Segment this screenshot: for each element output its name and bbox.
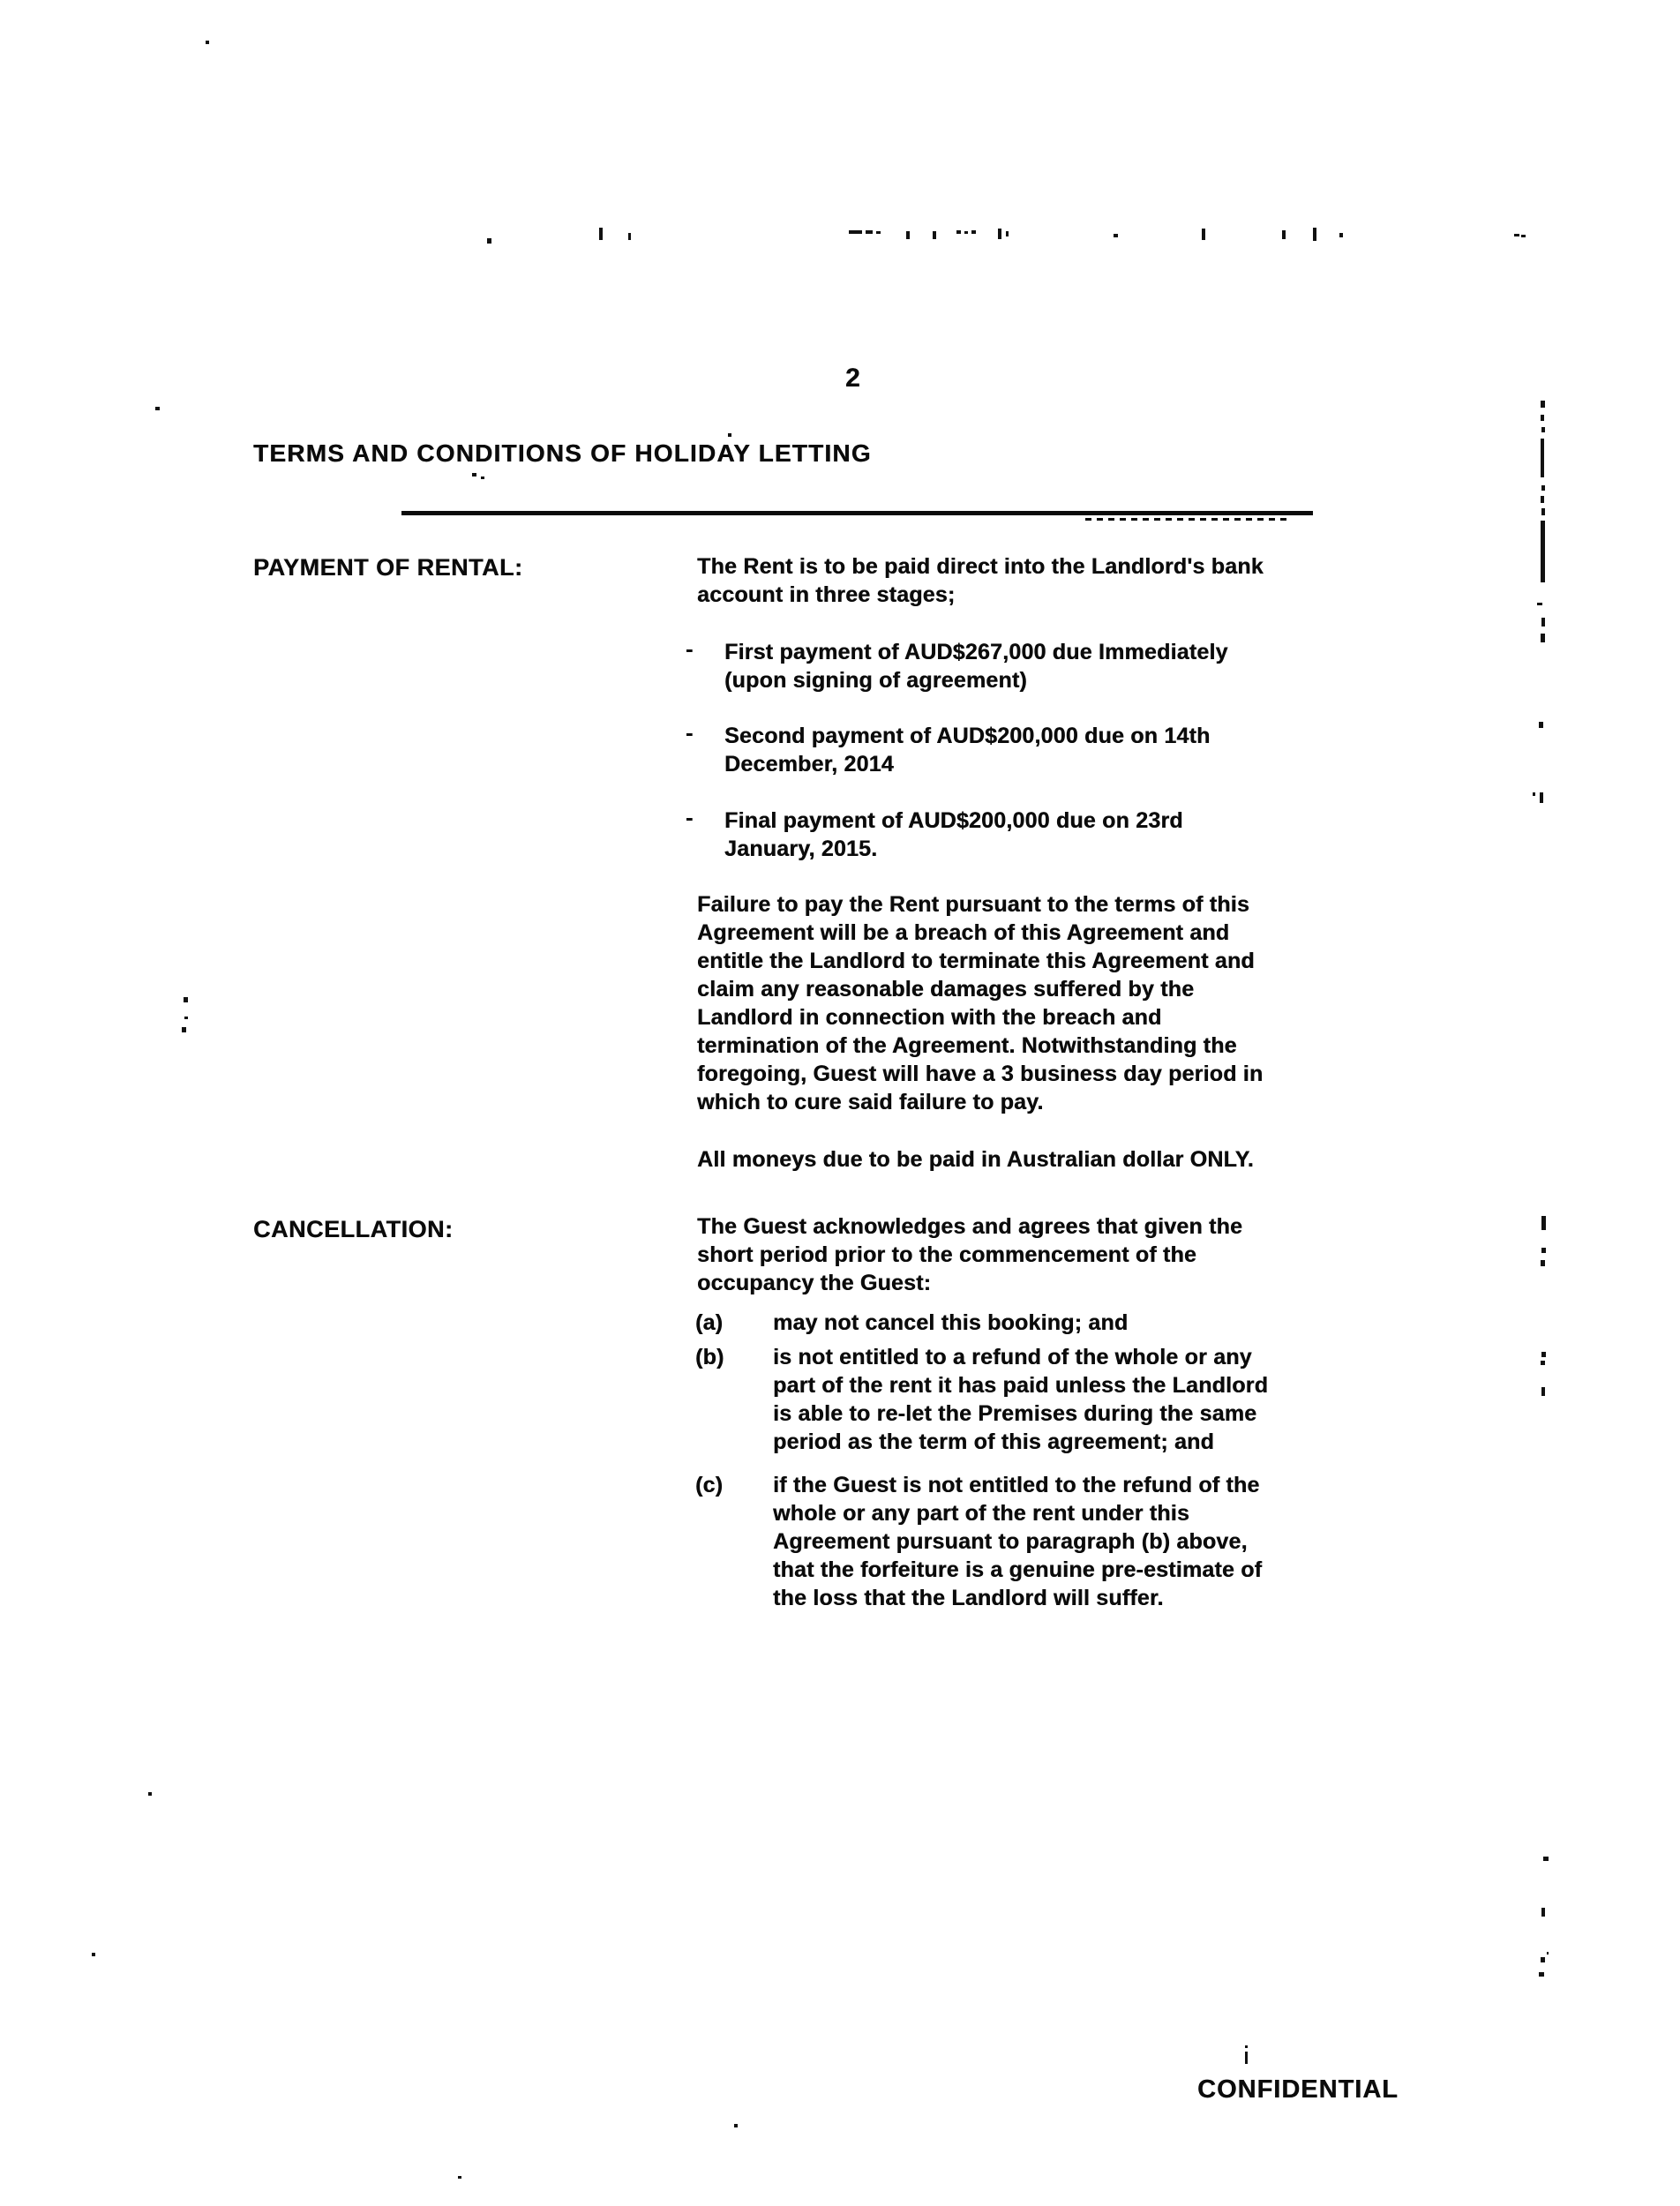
item-marker-b: (b) [695,1343,724,1371]
cancellation-item-b: (b) is not entitled to a refund of the w… [695,1343,1268,1456]
payment-bullet-second: - Second payment of AUD$200,000 due on 1… [691,722,1210,778]
scan-speck [1541,427,1545,432]
scan-speck [956,230,961,234]
text-line: Agreement pursuant to paragraph (b) abov… [773,1527,1262,1556]
scan-speck [458,2176,461,2179]
section-label-payment-of-rental: PAYMENT OF RENTAL: [253,554,523,582]
scan-speck [1541,496,1544,503]
payment-failure-paragraph: Failure to pay the Rent pursuant to the … [697,890,1263,1116]
payment-bullet-first: - First payment of AUD$267,000 due Immed… [691,638,1228,694]
text-line: termination of the Agreement. Notwithsta… [697,1032,1263,1060]
scan-speck [1313,228,1316,241]
title-underline-rule [401,511,1313,515]
scan-speck [1245,2045,1248,2048]
page-number: 2 [845,364,860,394]
scan-speck [1547,1952,1549,1955]
scan-speck [998,229,1001,239]
scan-speck [849,230,862,234]
scan-speck [182,1027,186,1032]
scan-speck [728,433,731,437]
scan-speck [472,473,476,476]
cancellation-item-c: (c) if the Guest is not entitled to the … [695,1471,1262,1612]
scan-speck [1541,485,1545,491]
section-label-cancellation: CANCELLATION: [253,1216,453,1243]
text-line: entitle the Landlord to terminate this A… [697,947,1263,975]
scan-speck [1521,235,1526,237]
scan-speck [1541,1908,1545,1917]
text-line: First payment of AUD$267,000 due Immedia… [724,638,1228,666]
scan-speck [1533,792,1535,796]
scan-speck [628,233,631,240]
text-line: December, 2014 [724,750,1210,778]
confidential-stamp: CONFIDENTIAL [1197,2075,1399,2105]
bullet-dash-marker: - [686,719,694,747]
scan-speck [971,230,976,234]
text-line: is able to re-let the Premises during th… [773,1399,1268,1428]
scan-speck [1114,234,1118,237]
scan-speck [92,1953,95,1956]
scan-speck [1541,1361,1545,1365]
scan-speck [1541,508,1545,515]
text-line: the loss that the Landlord will suffer. [773,1584,1262,1612]
payment-currency-note: All moneys due to be paid in Australian … [697,1145,1254,1174]
text-line: if the Guest is not entitled to the refu… [773,1471,1262,1499]
text-line: claim any reasonable damages suffered by… [697,975,1263,1003]
scan-speck [1245,2052,1248,2064]
scan-speck [1339,233,1343,237]
text-line: is not entitled to a refund of the whole… [773,1343,1268,1371]
scan-speck [1541,1260,1545,1266]
text-line: may not cancel this booking; and [773,1309,1128,1337]
text-line: Failure to pay the Rent pursuant to the … [697,890,1263,919]
text-line: Final payment of AUD$200,000 due on 23rd [724,807,1183,835]
payment-intro-paragraph: The Rent is to be paid direct into the L… [697,552,1264,609]
scan-speck [1541,634,1545,642]
bullet-dash-marker: - [686,804,694,832]
scan-speck [964,231,968,234]
scan-speck [599,228,603,240]
scan-speck [1541,1248,1546,1253]
text-line: Second payment of AUD$200,000 due on 14t… [724,722,1210,750]
text-line: period as the term of this agreement; an… [773,1428,1268,1456]
scan-speck [1541,521,1545,582]
text-line: occupancy the Guest: [697,1269,1242,1297]
scan-speck [1541,618,1545,627]
scan-speck [1541,415,1544,421]
scan-speck [1540,792,1543,803]
scanned-document-page: 2 TERMS AND CONDITIONS OF HOLIDAY LETTIN… [0,0,1680,2206]
text-line: January, 2015. [724,835,1183,863]
payment-bullet-final: - Final payment of AUD$200,000 due on 23… [691,807,1183,863]
scan-speck [1541,1352,1546,1357]
scan-speck [184,1017,188,1019]
text-line: account in three stages; [697,581,1264,609]
scan-speck [487,238,491,244]
document-title: TERMS AND CONDITIONS OF HOLIDAY LETTING [253,439,872,468]
text-line: that the forfeiture is a genuine pre-est… [773,1556,1262,1584]
scan-speck [1541,401,1545,408]
scan-speck [1541,439,1544,477]
scan-speck [1541,1387,1545,1396]
text-line: Landlord in connection with the breach a… [697,1003,1263,1032]
cancellation-intro-paragraph: The Guest acknowledges and agrees that g… [697,1212,1242,1297]
scan-speck [876,231,881,234]
scan-speck [1514,234,1519,236]
scan-speck [1539,722,1543,728]
scan-speck [906,231,910,239]
text-line: foregoing, Guest will have a 3 business … [697,1060,1263,1088]
text-line: All moneys due to be paid in Australian … [697,1145,1254,1174]
text-line: (upon signing of agreement) [724,666,1228,694]
cancellation-item-a: (a) may not cancel this booking; and [695,1309,1128,1337]
scan-speck [734,2124,738,2127]
bullet-dash-marker: - [686,635,694,664]
scan-speck [184,997,188,1002]
item-marker-a: (a) [695,1309,723,1337]
text-line: which to cure said failure to pay. [697,1088,1263,1116]
text-line: Agreement will be a breach of this Agree… [697,919,1263,947]
text-line: part of the rent it has paid unless the … [773,1371,1268,1399]
scan-speck [1541,1957,1545,1962]
title-underline-fringe [1085,518,1288,521]
scan-speck [155,407,160,410]
scan-speck [1282,230,1286,239]
scan-speck [1539,1972,1544,1977]
text-line: The Guest acknowledges and agrees that g… [697,1212,1242,1241]
scan-speck [1537,603,1542,605]
text-line: whole or any part of the rent under this [773,1499,1262,1527]
scan-speck [1541,1216,1546,1230]
scan-speck [1543,1857,1549,1861]
scan-speck [933,231,936,239]
scan-speck [481,476,484,479]
text-line: short period prior to the commencement o… [697,1241,1242,1269]
scan-speck [1006,231,1009,236]
scan-speck [148,1792,152,1796]
text-line: The Rent is to be paid direct into the L… [697,552,1264,581]
scan-speck [1202,229,1205,240]
scan-speck [206,41,209,44]
scan-speck [866,230,873,234]
item-marker-c: (c) [695,1471,723,1499]
